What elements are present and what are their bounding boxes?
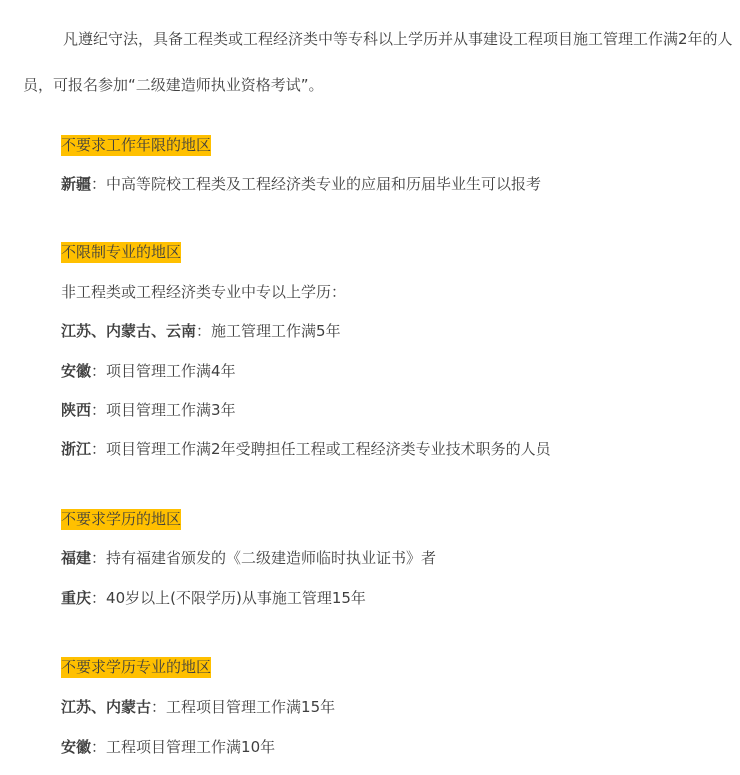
- list-item: 安徽：项目管理工作满4年: [61, 360, 236, 381]
- separator: ：: [196, 322, 211, 340]
- region-label: 新疆: [61, 175, 91, 193]
- region-label: 江苏、内蒙古、云南: [61, 322, 196, 340]
- list-item: 非工程类或工程经济类专业中专以上学历：: [61, 281, 346, 302]
- region-label: 福建: [61, 549, 91, 567]
- separator: ：: [151, 698, 166, 716]
- list-item: 重庆：40岁以上(不限学历)从事施工管理15年: [61, 587, 366, 608]
- highlighted-heading: 不要求工作年限的地区: [61, 135, 211, 156]
- separator: ：: [91, 362, 106, 380]
- separator: ：: [91, 738, 106, 756]
- separator: ：: [91, 175, 106, 193]
- separator: ：: [91, 549, 106, 567]
- requirement-text: 工程项目管理工作满10年: [106, 738, 275, 756]
- separator: ：: [91, 401, 106, 419]
- requirement-text: 项目管理工作满4年: [106, 362, 236, 380]
- list-item: 福建：持有福建省颁发的《二级建造师临时执业证书》者: [61, 547, 436, 568]
- requirement-text: 施工管理工作满5年: [211, 322, 341, 340]
- region-label: 安徽: [61, 738, 91, 756]
- requirement-text: 项目管理工作满3年: [106, 401, 236, 419]
- requirement-text: 工程项目管理工作满15年: [166, 698, 335, 716]
- separator: ：: [91, 589, 106, 607]
- section-heading-no-education-major: 不要求学历专业的地区: [61, 656, 211, 677]
- region-label: 陕西: [61, 401, 91, 419]
- list-item: 安徽：工程项目管理工作满10年: [61, 736, 275, 757]
- highlighted-heading: 不要求学历的地区: [61, 509, 181, 530]
- section-heading-no-major-limit: 不限制专业的地区: [61, 241, 181, 262]
- requirement-text: 40岁以上(不限学历)从事施工管理15年: [106, 589, 366, 607]
- intro-paragraph: 凡遵纪守法，具备工程类或工程经济类中等专科以上学历并从事建设工程项目施工管理工作…: [23, 16, 735, 108]
- list-item: 浙江：项目管理工作满2年受聘担任工程或工程经济类专业技术职务的人员: [61, 438, 551, 459]
- requirement-text: 持有福建省颁发的《二级建造师临时执业证书》者: [106, 549, 436, 567]
- section-heading-no-work-years: 不要求工作年限的地区: [61, 134, 211, 155]
- list-item: 新疆：中高等院校工程类及工程经济类专业的应届和历届毕业生可以报考: [61, 173, 541, 194]
- region-label: 重庆: [61, 589, 91, 607]
- requirement-text: 中高等院校工程类及工程经济类专业的应届和历届毕业生可以报考: [106, 175, 541, 193]
- section-heading-no-education: 不要求学历的地区: [61, 508, 181, 529]
- list-item: 陕西：项目管理工作满3年: [61, 399, 236, 420]
- requirement-text: 非工程类或工程经济类专业中专以上学历：: [61, 283, 346, 301]
- region-label: 江苏、内蒙古: [61, 698, 151, 716]
- list-item: 江苏、内蒙古、云南：施工管理工作满5年: [61, 320, 341, 341]
- highlighted-heading: 不要求学历专业的地区: [61, 657, 211, 678]
- requirement-text: 项目管理工作满2年受聘担任工程或工程经济类专业技术职务的人员: [106, 440, 551, 458]
- region-label: 安徽: [61, 362, 91, 380]
- highlighted-heading: 不限制专业的地区: [61, 242, 181, 263]
- separator: ：: [91, 440, 106, 458]
- list-item: 江苏、内蒙古：工程项目管理工作满15年: [61, 696, 335, 717]
- region-label: 浙江: [61, 440, 91, 458]
